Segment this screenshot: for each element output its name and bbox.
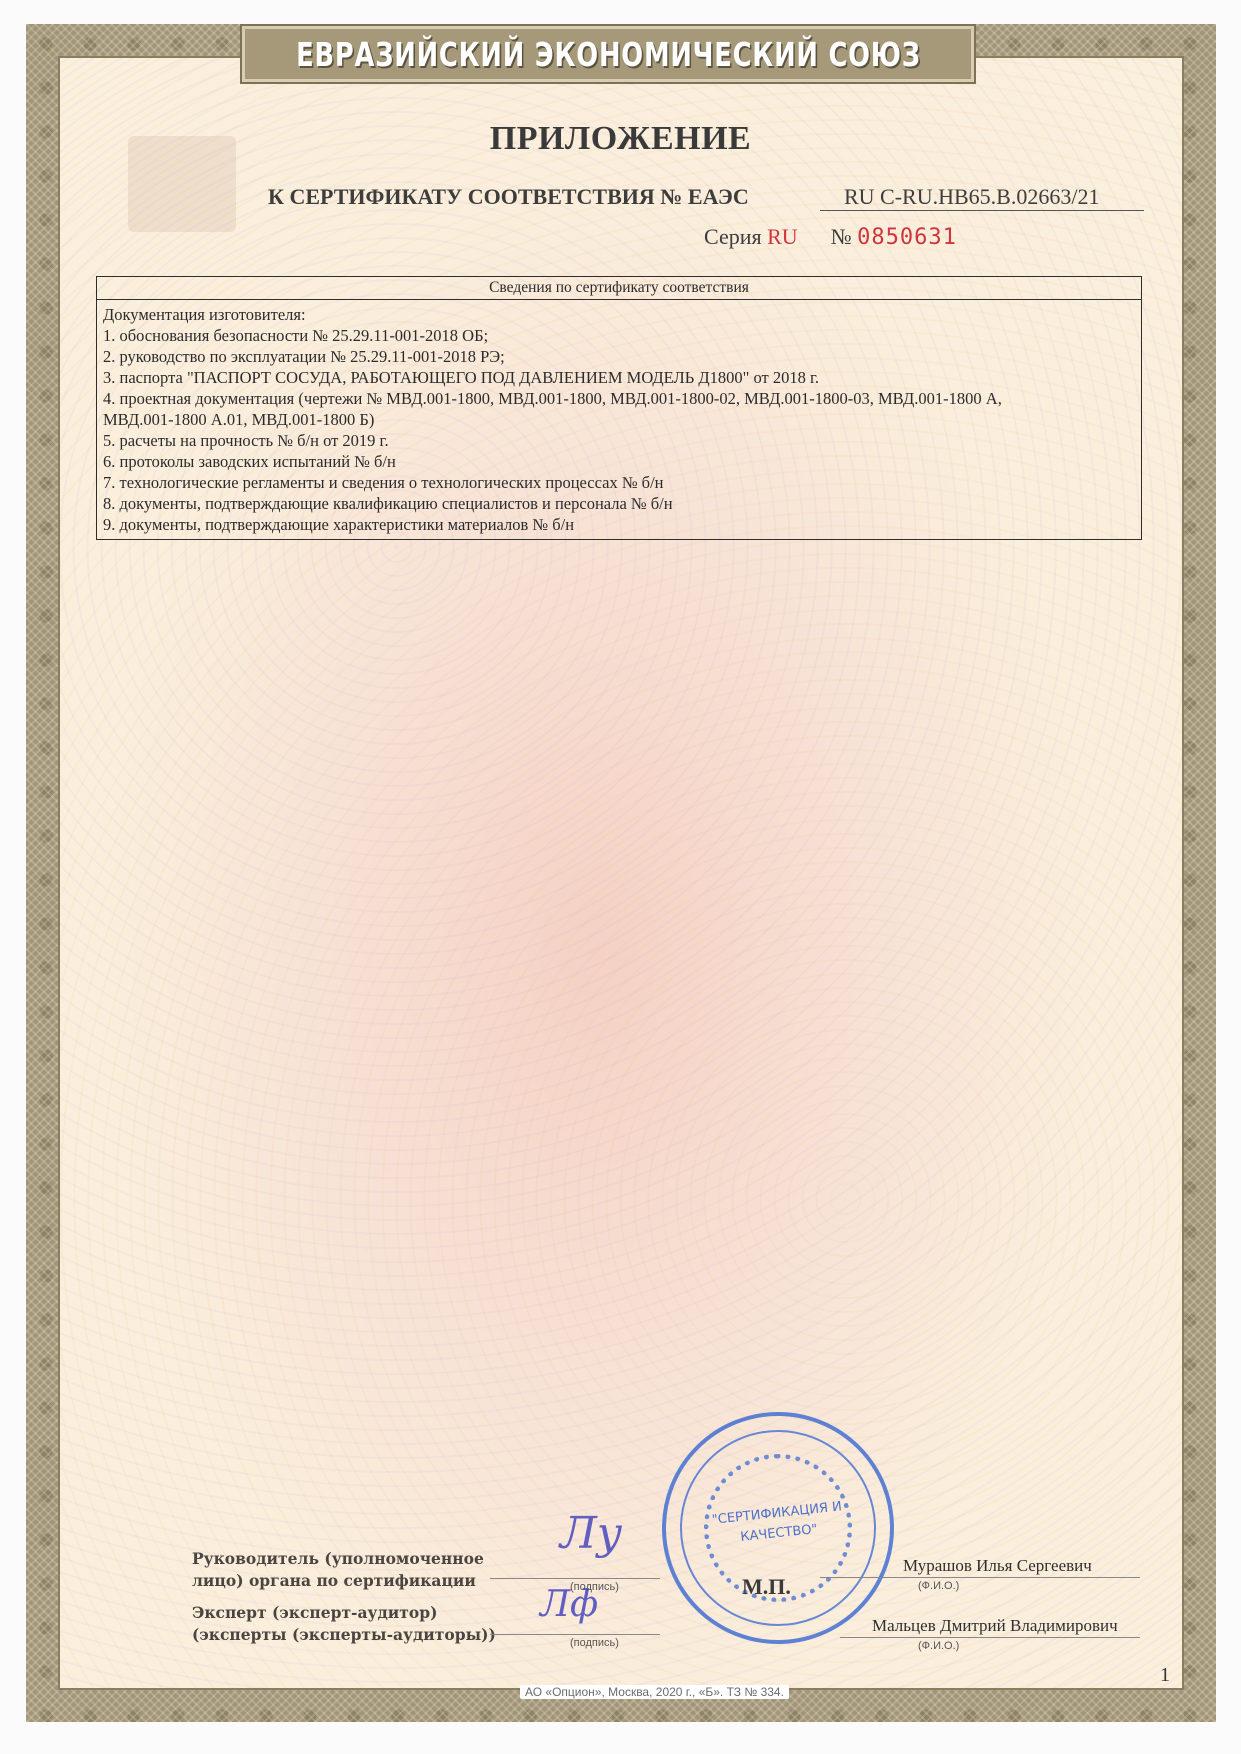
certificate-caption: К СЕРТИФИКАТУ СООТВЕТСТВИЯ № ЕАЭС [268, 184, 749, 210]
certificate-number: RU C-RU.НВ65.В.02663/21 [820, 184, 1144, 211]
expert-signature: Лф [540, 1584, 598, 1625]
printer-info: АО «Опцион», Москва, 2020 г., «Б». ТЗ № … [520, 1685, 789, 1699]
series-row: Серия RU № 0850631 [704, 224, 957, 250]
series-label: Серия [704, 224, 762, 249]
head-label-line2: лицо) органа по сертификации [192, 1570, 484, 1592]
head-label-line1: Руководитель (уполномоченное [192, 1548, 484, 1570]
blank-number: 0850631 [857, 225, 957, 250]
union-title: ЕВРАЗИЙСКИЙ ЭКОНОМИЧЕСКИЙ СОЮЗ [296, 35, 921, 74]
details-line: 8. документы, подтверждающие квалификаци… [103, 493, 1135, 514]
expert-name-caption: (Ф.И.О.) [918, 1640, 959, 1652]
union-banner: ЕВРАЗИЙСКИЙ ЭКОНОМИЧЕСКИЙ СОЮЗ [240, 24, 976, 84]
details-line: 2. руководство по эксплуатации № 25.29.1… [103, 346, 1135, 367]
head-signature: Лу [560, 1508, 622, 1559]
number-label: № [831, 224, 852, 249]
details-line: 3. паспорта "ПАСПОРТ СОСУДА, РАБОТАЮЩЕГО… [103, 367, 1135, 388]
details-line: Документация изготовителя: [103, 304, 1135, 325]
expert-name-line [840, 1637, 1140, 1638]
details-line: 5. расчеты на прочность № б/н от 2019 г. [103, 430, 1135, 451]
head-name-line [820, 1577, 1140, 1578]
details-list: Документация изготовителя:1. обоснования… [97, 300, 1141, 535]
details-line: 7. технологические регламенты и сведения… [103, 472, 1135, 493]
seal-mark: М.П. [742, 1574, 791, 1600]
details-heading: Сведения по сертификату соответствия [97, 277, 1141, 300]
company-stamp: "СЕРТИФИКАЦИЯ И КАЧЕСТВО" [662, 1412, 894, 1644]
head-signature-line [490, 1578, 660, 1579]
head-name-caption: (Ф.И.О.) [918, 1580, 959, 1592]
expert-signature-line [490, 1634, 660, 1635]
expert-label-line2: (эксперты (эксперты-аудиторы)) [192, 1624, 496, 1646]
certificate-details-box: Сведения по сертификату соответствия Док… [96, 276, 1142, 540]
head-name: Мурашов Илья Сергеевич [903, 1556, 1092, 1576]
details-line: 9. документы, подтверждающие характерист… [103, 514, 1135, 535]
details-line: МВД.001-1800 А.01, МВД.001-1800 Б) [103, 409, 1135, 430]
page-number: 1 [1160, 1664, 1170, 1687]
expert-name: Мальцев Дмитрий Владимирович [872, 1616, 1118, 1636]
details-line: 1. обоснования безопасности № 25.29.11-0… [103, 325, 1135, 346]
details-line: 4. проектная документация (чертежи № МВД… [103, 388, 1135, 409]
details-line: 6. протоколы заводских испытаний № б/н [103, 451, 1135, 472]
expert-signature-caption: (подпись) [570, 1637, 619, 1649]
expert-label: Эксперт (эксперт-аудитор) (эксперты (экс… [192, 1602, 496, 1646]
head-label: Руководитель (уполномоченное лицо) орган… [192, 1548, 484, 1592]
document-title: ПРИЛОЖЕНИЕ [0, 120, 1241, 158]
stamp-text: "СЕРТИФИКАЦИЯ И КАЧЕСТВО" [665, 1492, 892, 1555]
expert-label-line1: Эксперт (эксперт-аудитор) [192, 1602, 496, 1624]
series-value: RU [767, 224, 798, 249]
